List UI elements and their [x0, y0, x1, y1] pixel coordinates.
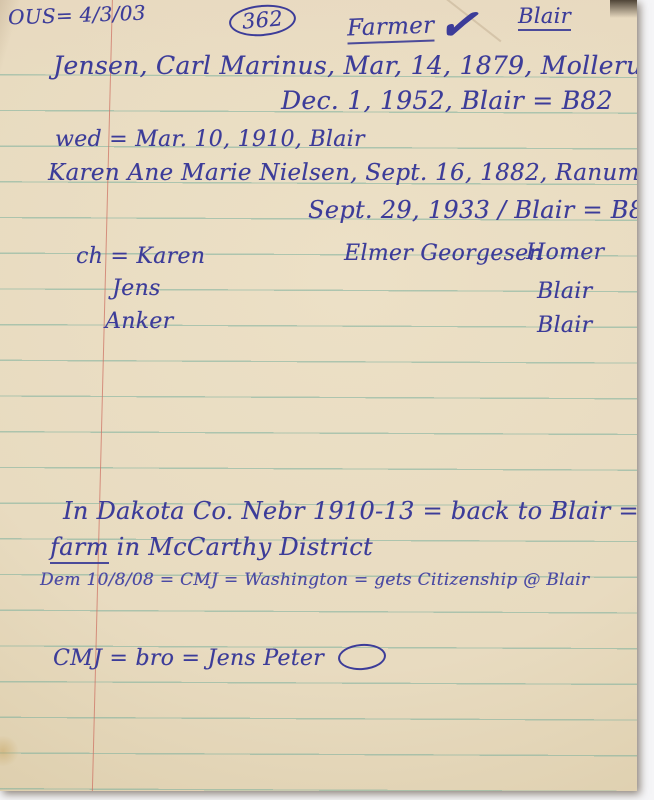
residence-note-line1: In Dakota Co. Nebr 1910-13 = back to Bla… [63, 498, 637, 526]
header-town: Blair [518, 4, 571, 31]
citizenship-note: Dem 10/8/08 = CMJ = Washington = gets Ci… [40, 571, 589, 591]
checkmark-mark: ✓ [435, 0, 479, 53]
child-row-place: Homer [526, 240, 604, 265]
ledger-page: OUS= 4/3/03 362 Farmer ✓ Blair Jensen, C… [0, 0, 637, 791]
spouse-name-line: Karen Ane Marie Nielsen, Sept. 16, 1882,… [48, 160, 637, 186]
occupation-note: Farmer [347, 12, 435, 41]
residence-line2-rest: in McCarthy District [109, 533, 373, 561]
subject-name-line: Jensen, Carl Marinus, Mar, 14, 1879, Mol… [53, 52, 637, 81]
page-corner-shadow [610, 0, 637, 18]
child-row-place: Blair [537, 313, 592, 338]
child-row-name: Anker [105, 309, 173, 334]
page-number: 362 [228, 2, 297, 39]
archive-note: OUS= 4/3/03 [8, 2, 146, 30]
footer-note: CMJ = bro = Jens Peter [53, 644, 386, 671]
binding-edge-shadow [0, 0, 5, 791]
subject-death-line: Dec. 1, 1952, Blair = B82 [281, 87, 613, 116]
occupation-label: Farmer [347, 12, 435, 44]
child-row-name: ch = Karen [76, 244, 205, 269]
child-row-spouse: Elmer Georgesen [344, 241, 543, 266]
residence-underlined-word: farm [50, 533, 109, 564]
child-row-name: Jens [112, 276, 161, 301]
header-town-note: Blair [518, 4, 571, 28]
marriage-line: wed = Mar. 10, 1910, Blair [55, 127, 365, 152]
empty-oval-mark [337, 642, 387, 671]
residence-note-line2: farm in McCarthy District [50, 534, 373, 562]
child-row-place: Blair [537, 279, 592, 304]
spouse-death-line: Sept. 29, 1933 / Blair = B82 [308, 197, 637, 225]
footer-note-text: CMJ = bro = Jens Peter [53, 646, 324, 671]
page-number-stamp: 362 [229, 5, 296, 36]
